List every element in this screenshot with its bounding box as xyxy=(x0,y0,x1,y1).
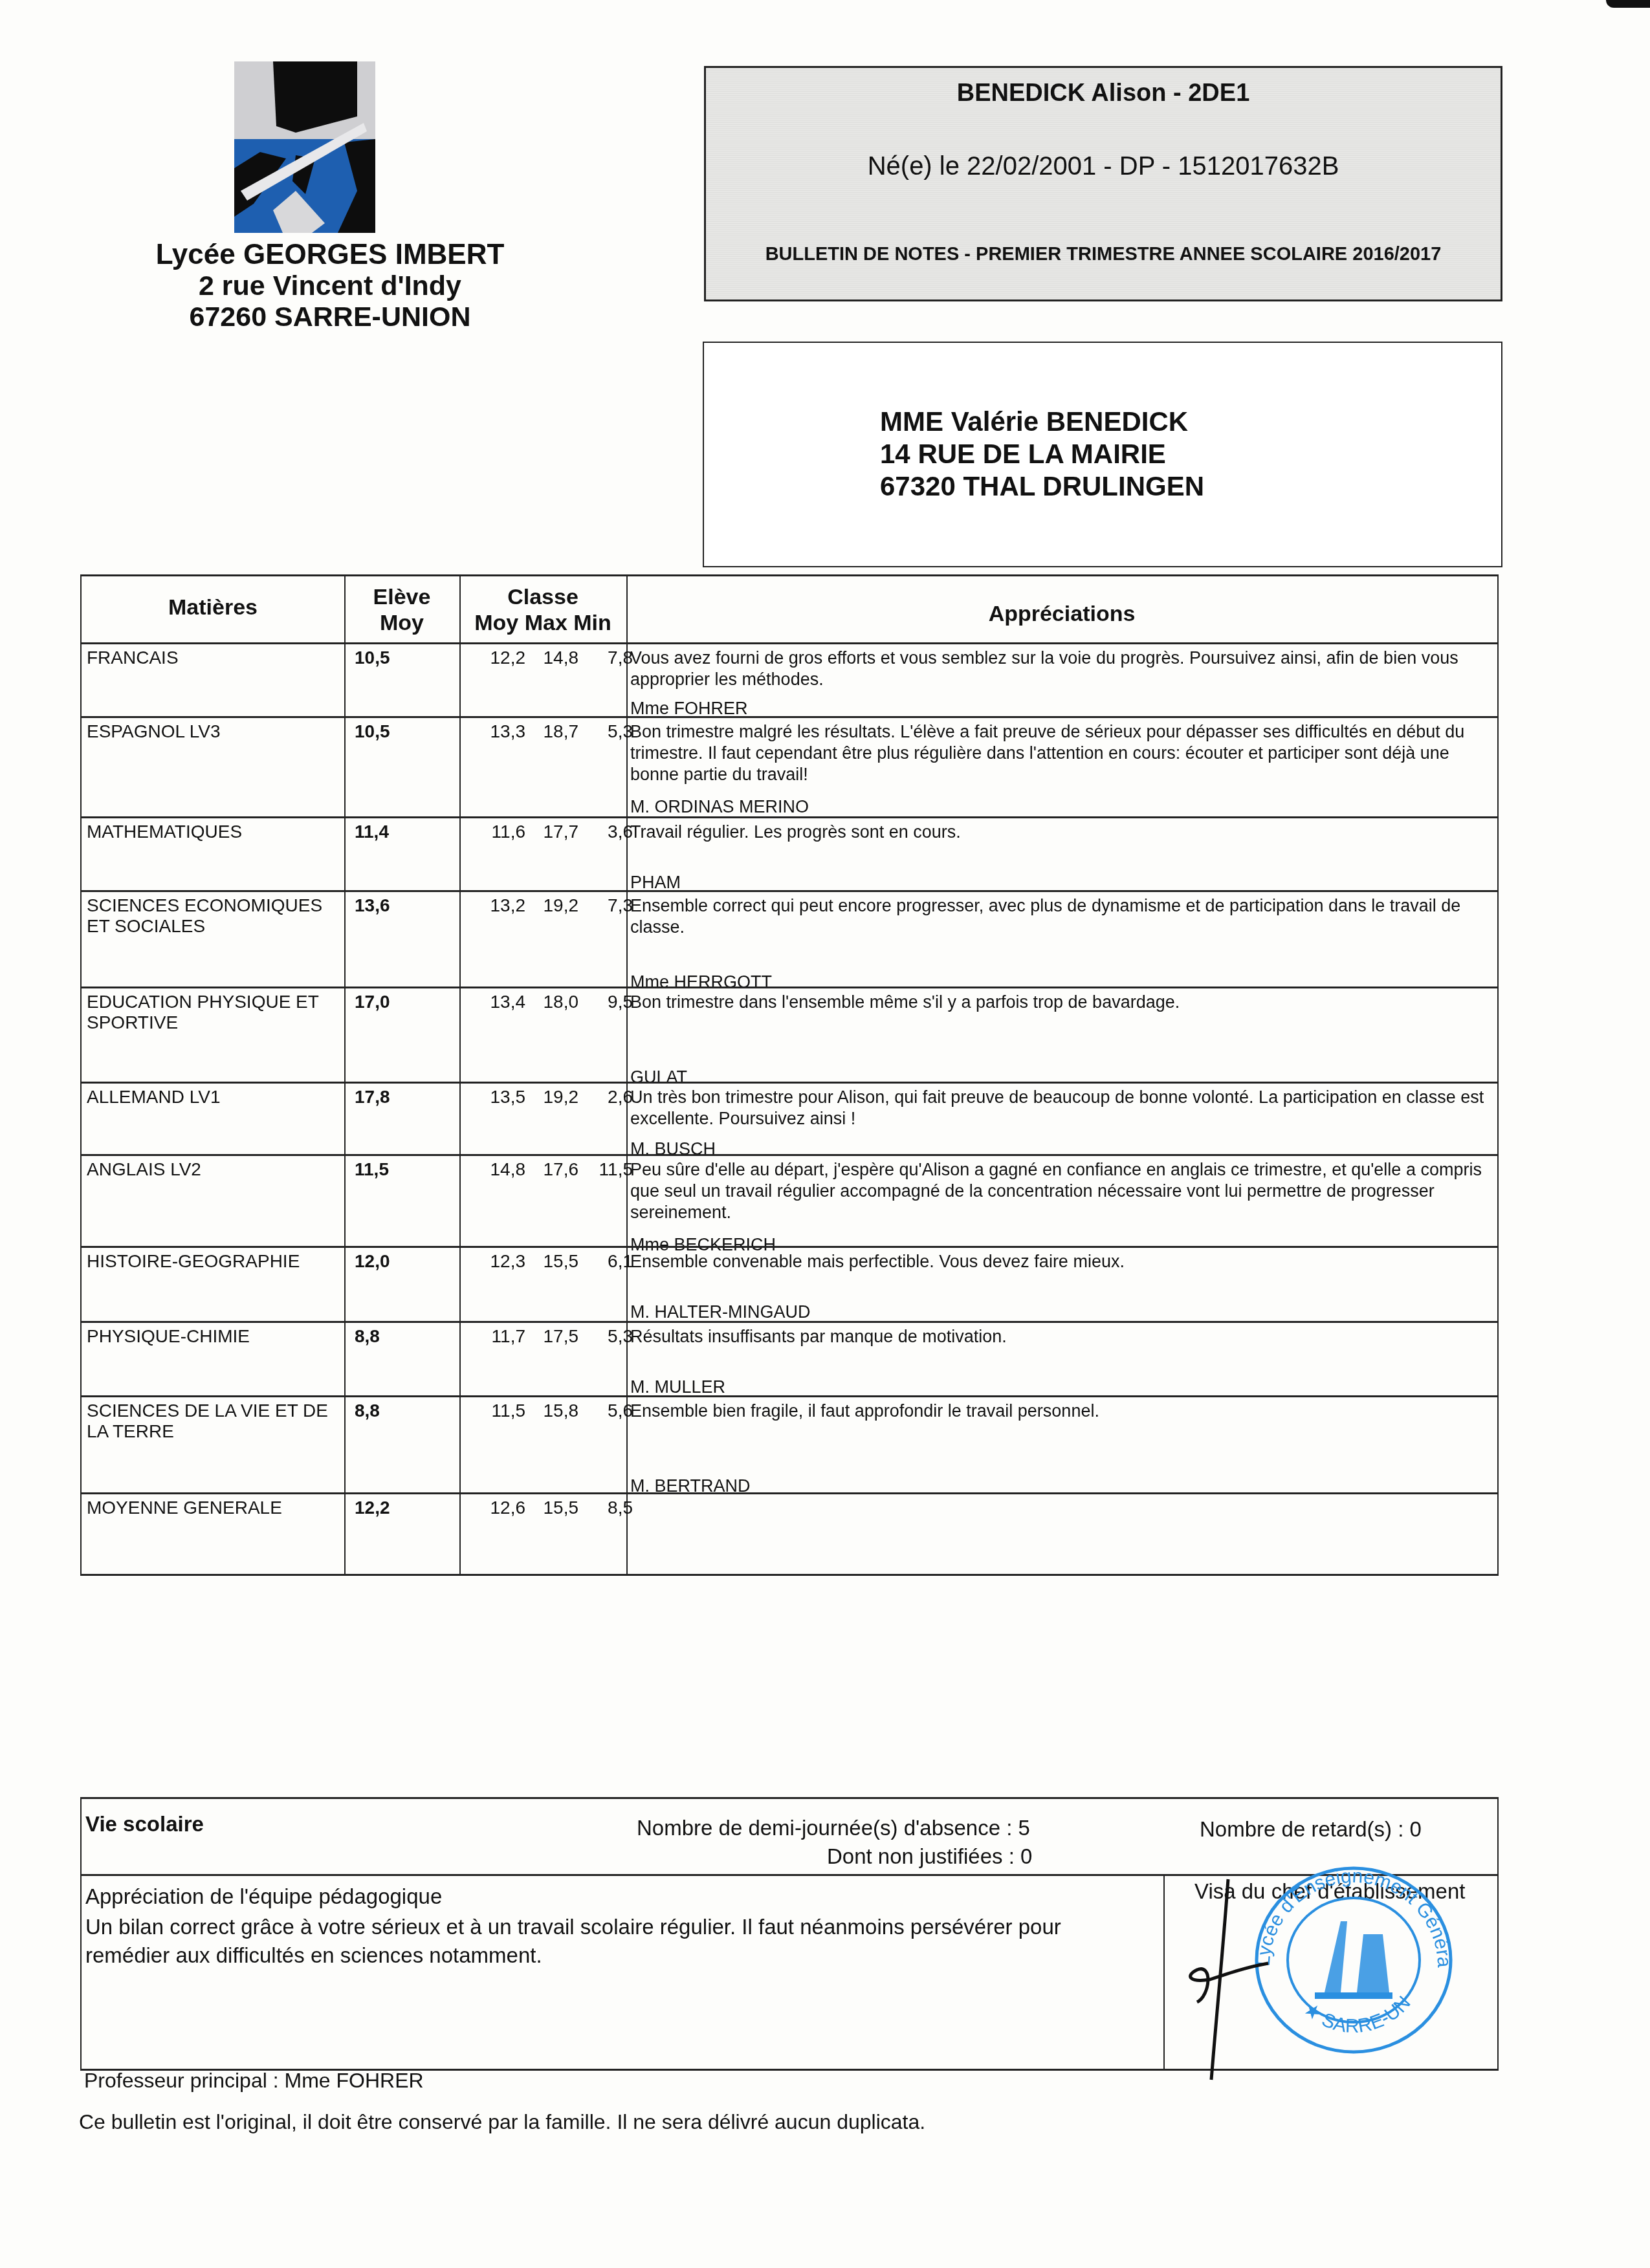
recipient-address: MME Valérie BENEDICK 14 RUE DE LA MAIRIE… xyxy=(880,406,1204,503)
class-min: 5,3 xyxy=(584,721,633,742)
row-divider xyxy=(82,1321,1497,1323)
student-average: 8,8 xyxy=(355,1401,432,1421)
unjustified-absences: Dont non justifiées : 0 xyxy=(827,1844,1032,1869)
header-appreciations: Appréciations xyxy=(626,601,1497,627)
bulletin-title: BULLETIN DE NOTES - PREMIER TRIMESTRE AN… xyxy=(706,244,1501,265)
class-average: 13,3 xyxy=(480,721,525,742)
subject-name: PHYSIQUE-CHIMIE xyxy=(87,1326,346,1347)
page-corner-mark xyxy=(1606,0,1650,8)
class-average: 11,6 xyxy=(480,822,525,842)
team-appreciation-title: Appréciation de l'équipe pédagogique xyxy=(85,1884,442,1909)
student-name-class: BENEDICK Alison - 2DE1 xyxy=(706,80,1501,107)
team-appreciation-text: Un bilan correct grâce à votre sérieux e… xyxy=(85,1913,1121,1970)
class-min: 6,1 xyxy=(584,1251,633,1272)
class-max: 18,7 xyxy=(533,721,578,742)
class-min: 7,8 xyxy=(584,648,633,668)
header-class-bottom: Moy Max Min xyxy=(459,610,626,636)
class-average: 14,8 xyxy=(480,1159,525,1180)
class-max: 15,8 xyxy=(533,1401,578,1421)
class-max: 15,5 xyxy=(533,1498,578,1518)
row-divider xyxy=(82,716,1497,718)
header-class-stats: Classe Moy Max Min xyxy=(459,584,626,636)
school-life-title: Vie scolaire xyxy=(85,1812,204,1837)
school-city: 67260 SARRE-UNION xyxy=(123,301,537,333)
subject-name: FRANCAIS xyxy=(87,648,346,668)
student-birth-line: Né(e) le 22/02/2001 - DP - 1512017632B xyxy=(706,152,1501,181)
row-divider xyxy=(82,816,1497,818)
subject-name: HISTOIRE-GEOGRAPHIE xyxy=(87,1251,346,1272)
subject-name: EDUCATION PHYSIQUE ET SPORTIVE xyxy=(87,992,346,1033)
row-divider xyxy=(82,642,1497,644)
row-divider xyxy=(82,987,1497,988)
appreciation-text: Bon trimestre malgré les résultats. L'él… xyxy=(630,721,1495,785)
subject-name: SCIENCES DE LA VIE ET DE LA TERRE xyxy=(87,1401,346,1442)
subject-name: MOYENNE GENERALE xyxy=(87,1498,346,1518)
class-max: 19,2 xyxy=(533,895,578,916)
teacher-name: M. HALTER-MINGAUD xyxy=(630,1302,811,1322)
appreciation-text: Peu sûre d'elle au départ, j'espère qu'A… xyxy=(630,1159,1495,1223)
class-average: 12,6 xyxy=(480,1498,525,1518)
school-street: 2 rue Vincent d'Indy xyxy=(123,270,537,301)
student-average: 12,0 xyxy=(355,1251,432,1272)
class-max: 19,2 xyxy=(533,1087,578,1107)
row-divider xyxy=(82,890,1497,892)
recipient-address-box: MME Valérie BENEDICK 14 RUE DE LA MAIRIE… xyxy=(703,342,1502,567)
class-average: 12,3 xyxy=(480,1251,525,1272)
class-max: 17,6 xyxy=(533,1159,578,1180)
principal-teacher: Professeur principal : Mme FOHRER xyxy=(84,2069,424,2093)
subject-name: ANGLAIS LV2 xyxy=(87,1159,346,1180)
appreciation-text: Résultats insuffisants par manque de mot… xyxy=(630,1326,1495,1347)
student-average: 10,5 xyxy=(355,648,432,668)
subject-name: ALLEMAND LV1 xyxy=(87,1087,346,1107)
class-average: 13,2 xyxy=(480,895,525,916)
appreciation-text: Vous avez fourni de gros efforts et vous… xyxy=(630,648,1495,690)
class-min: 8,5 xyxy=(584,1498,633,1518)
appreciation-text: Travail régulier. Les progrès sont en co… xyxy=(630,822,1495,843)
header-student-average: Elève Moy xyxy=(344,584,459,636)
student-average: 8,8 xyxy=(355,1326,432,1347)
header-student-bottom: Moy xyxy=(344,610,459,636)
grades-table: Matières Elève Moy Classe Moy Max Min Ap… xyxy=(80,574,1499,1576)
teacher-name: M. MULLER xyxy=(630,1377,725,1397)
header-class-top: Classe xyxy=(459,584,626,610)
student-header-box: BENEDICK Alison - 2DE1 Né(e) le 22/02/20… xyxy=(704,66,1502,301)
class-max: 17,7 xyxy=(533,822,578,842)
signature-icon xyxy=(1178,1873,1307,2086)
class-min: 11,5 xyxy=(584,1159,633,1180)
teacher-name: M. BUSCH xyxy=(630,1139,716,1159)
subject-name: SCIENCES ECONOMIQUES ET SOCIALES xyxy=(87,895,346,937)
class-max: 17,5 xyxy=(533,1326,578,1347)
subject-name: ESPAGNOL LV3 xyxy=(87,721,346,742)
appreciation-text: Bon trimestre dans l'ensemble même s'il … xyxy=(630,992,1495,1013)
class-average: 13,5 xyxy=(480,1087,525,1107)
lates-count: Nombre de retard(s) : 0 xyxy=(1200,1817,1422,1842)
absences-count: Nombre de demi-journée(s) d'absence : 5 xyxy=(637,1816,1030,1840)
class-max: 15,5 xyxy=(533,1251,578,1272)
class-min: 2,6 xyxy=(584,1087,633,1107)
class-average: 13,4 xyxy=(480,992,525,1012)
teacher-name: M. ORDINAS MERINO xyxy=(630,796,809,817)
class-max: 18,0 xyxy=(533,992,578,1012)
appreciation-text: Un très bon trimestre pour Alison, qui f… xyxy=(630,1087,1495,1129)
class-min: 5,6 xyxy=(584,1401,633,1421)
recipient-name: MME Valérie BENEDICK xyxy=(880,406,1204,438)
header-student-top: Elève xyxy=(344,584,459,610)
school-address: Lycée GEORGES IMBERT 2 rue Vincent d'Ind… xyxy=(123,239,537,333)
class-average: 11,7 xyxy=(480,1326,525,1347)
header-subjects: Matières xyxy=(82,594,344,620)
student-average: 11,4 xyxy=(355,822,432,842)
class-min: 5,3 xyxy=(584,1326,633,1347)
teacher-name: Mme HERRGOTT xyxy=(630,972,772,992)
school-name: Lycée GEORGES IMBERT xyxy=(123,239,537,270)
student-average: 10,5 xyxy=(355,721,432,742)
school-logo-icon xyxy=(234,61,375,233)
recipient-street: 14 RUE DE LA MAIRIE xyxy=(880,438,1204,470)
student-average: 12,2 xyxy=(355,1498,432,1518)
appreciation-text: Ensemble bien fragile, il faut approfond… xyxy=(630,1401,1495,1422)
student-average: 17,8 xyxy=(355,1087,432,1107)
class-min: 3,6 xyxy=(584,822,633,842)
teacher-name: GULAT xyxy=(630,1067,687,1087)
row-divider xyxy=(82,1082,1497,1084)
student-average: 13,6 xyxy=(355,895,432,916)
student-average: 17,0 xyxy=(355,992,432,1012)
class-average: 11,5 xyxy=(480,1401,525,1421)
row-divider xyxy=(82,1492,1497,1494)
row-divider xyxy=(82,1246,1497,1248)
recipient-city: 67320 THAL DRULINGEN xyxy=(880,470,1204,503)
class-max: 14,8 xyxy=(533,648,578,668)
row-divider xyxy=(82,1154,1497,1156)
student-average: 11,5 xyxy=(355,1159,432,1180)
class-min: 9,5 xyxy=(584,992,633,1012)
subject-name: MATHEMATIQUES xyxy=(87,822,346,842)
original-notice: Ce bulletin est l'original, il doit être… xyxy=(79,2110,925,2134)
appreciation-text: Ensemble convenable mais perfectible. Vo… xyxy=(630,1251,1495,1272)
row-divider xyxy=(82,1395,1497,1397)
appreciation-text: Ensemble correct qui peut encore progres… xyxy=(630,895,1495,938)
visa-divider xyxy=(1163,1876,1165,2069)
class-min: 7,3 xyxy=(584,895,633,916)
class-average: 12,2 xyxy=(480,648,525,668)
column-divider xyxy=(459,576,461,1574)
